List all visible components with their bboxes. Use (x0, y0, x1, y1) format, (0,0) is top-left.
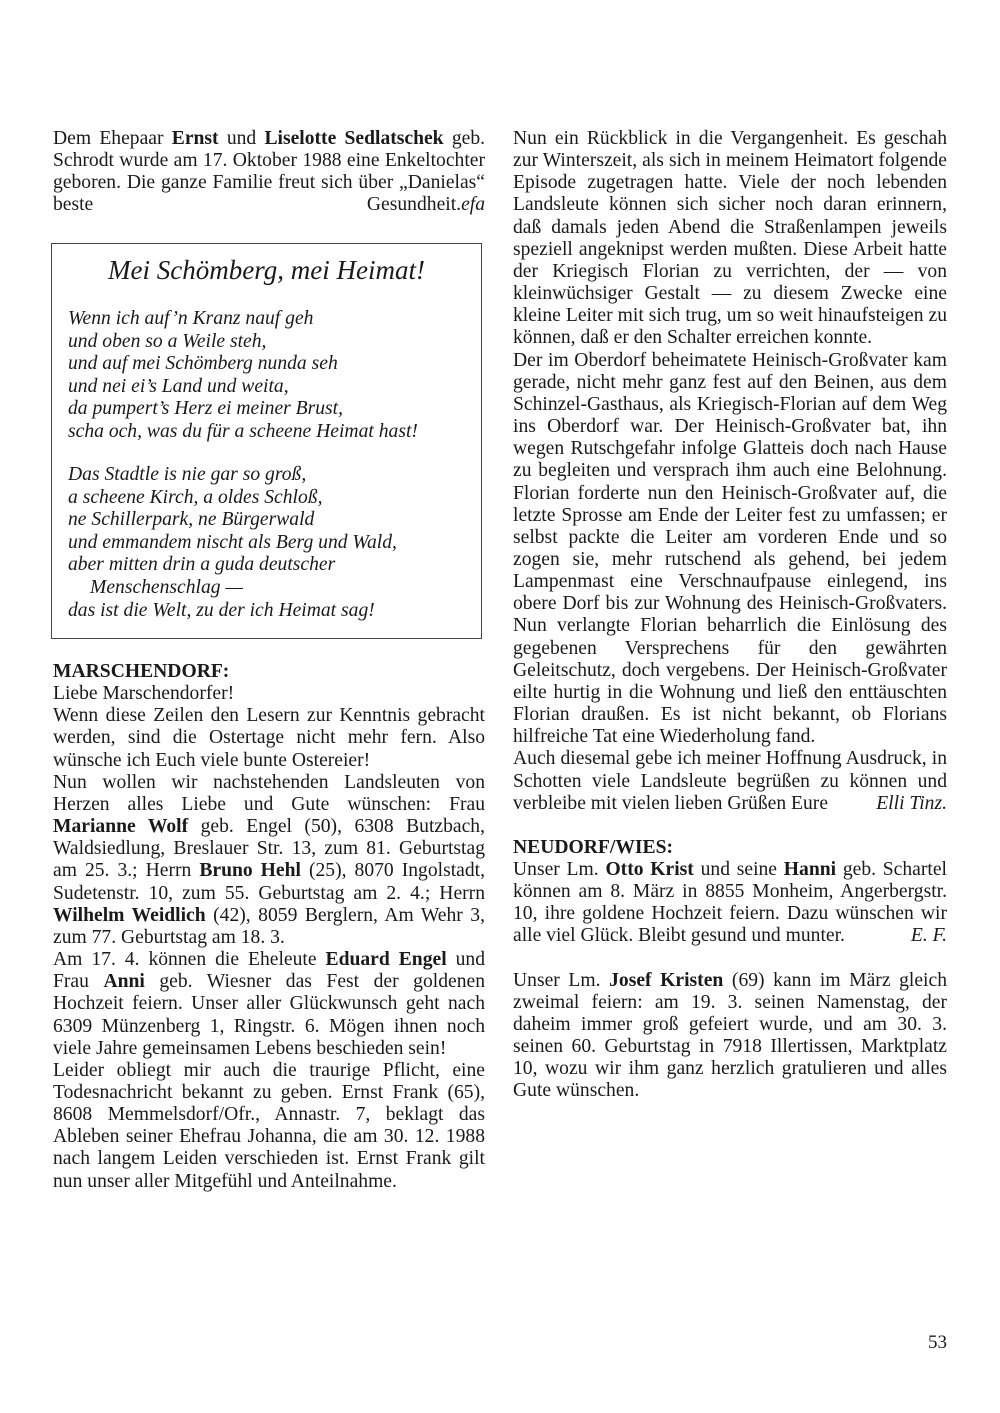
poem-line: und auf mei Schömberg nunda seh (68, 353, 475, 376)
poem-line: Wenn ich auf’n Kranz nauf geh (68, 308, 475, 331)
section-heading-marschendorf: MARSCHENDORF: (53, 661, 485, 683)
section-heading-neudorf: NEUDORF/WIES: (513, 837, 947, 859)
poem-line: scha och, was du für a scheene Heimat ha… (68, 421, 475, 444)
bold-name: Wilhelm Weidlich (53, 905, 206, 926)
obituary-paragraph: Leider obliegt mir auch die traurige Pfl… (53, 1060, 485, 1193)
poem-line: da pumpert’s Herz ei meiner Brust, (68, 398, 475, 421)
poem-line: und nei ei’s Land und weita, (68, 376, 475, 399)
poem-stanza-2: Das Stadtle is nie gar so groß, a scheen… (68, 464, 475, 622)
bold-name: Liselotte Sedlatschek (264, 128, 443, 149)
story-signature: Elli Tinz. (876, 793, 947, 815)
bold-name: Bruno Hehl (199, 860, 301, 881)
story-paragraph: Nun ein Rückblick in die Vergangenheit. … (513, 128, 947, 350)
poem-line: und emmandem nischt als Berg und Wald, (68, 532, 475, 555)
bold-name: Anni (103, 971, 144, 992)
greeting: Liebe Marschendorfer! (53, 683, 485, 705)
bold-name: Ernst (172, 128, 219, 149)
right-column: Nun ein Rückblick in die Vergangenheit. … (513, 128, 947, 1103)
birthday-paragraph: Nun wollen wir nachstehenden Landsleuten… (53, 772, 485, 949)
bold-name: Eduard Engel (326, 949, 447, 970)
anniversary-paragraph: Am 17. 4. können die Eheleute Eduard Eng… (53, 949, 485, 1060)
poem-line: Menschenschlag — (68, 577, 475, 600)
anniversary-paragraph: Unser Lm. Otto Krist und seine Hanni geb… (513, 859, 947, 948)
poem-line: und oben so a Weile steh, (68, 331, 475, 354)
bold-name: Hanni (784, 859, 836, 880)
intro-signature: efa (461, 194, 485, 216)
poem-line: a scheene Kirch, a oldes Schloß, (68, 487, 475, 510)
story-closing: Auch diesemal gebe ich meiner Hoffnung A… (513, 748, 947, 814)
bold-name: Josef Kristen (609, 970, 723, 991)
left-column: Dem Ehepaar Ernst und Liselotte Sedlatsc… (53, 128, 485, 217)
page-number: 53 (928, 1332, 947, 1354)
intro-paragraph: Dem Ehepaar Ernst und Liselotte Sedlatsc… (53, 128, 485, 217)
neudorf-signature: E. F. (911, 925, 947, 947)
story-paragraph: Der im Oberdorf beheimatete Heinisch-Gro… (513, 350, 947, 749)
birthday-paragraph: Unser Lm. Josef Kristen (69) kann im Mär… (513, 970, 947, 1103)
poem-line: das ist die Welt, zu der ich Heimat sag! (68, 600, 475, 623)
poem-title: Mei Schömberg, mei Heimat! (52, 254, 481, 286)
poem-box: Mei Schömberg, mei Heimat! Wenn ich auf’… (51, 243, 482, 639)
bold-name: Marianne Wolf (53, 816, 188, 837)
spacer (513, 948, 947, 970)
poem-stanza-1: Wenn ich auf’n Kranz nauf geh und oben s… (68, 308, 475, 444)
poem-line: Das Stadtle is nie gar so groß, (68, 464, 475, 487)
poem-line: ne Schillerpark, ne Bürgerwald (68, 509, 475, 532)
paragraph: Wenn diese Zeilen den Lesern zur Kenntni… (53, 705, 485, 771)
poem-line: aber mitten drin a guda deutscher (68, 554, 475, 577)
bold-name: Otto Krist (605, 859, 693, 880)
spacer (513, 815, 947, 837)
marschendorf-section: MARSCHENDORF: Liebe Marschendorfer! Wenn… (53, 661, 485, 1193)
